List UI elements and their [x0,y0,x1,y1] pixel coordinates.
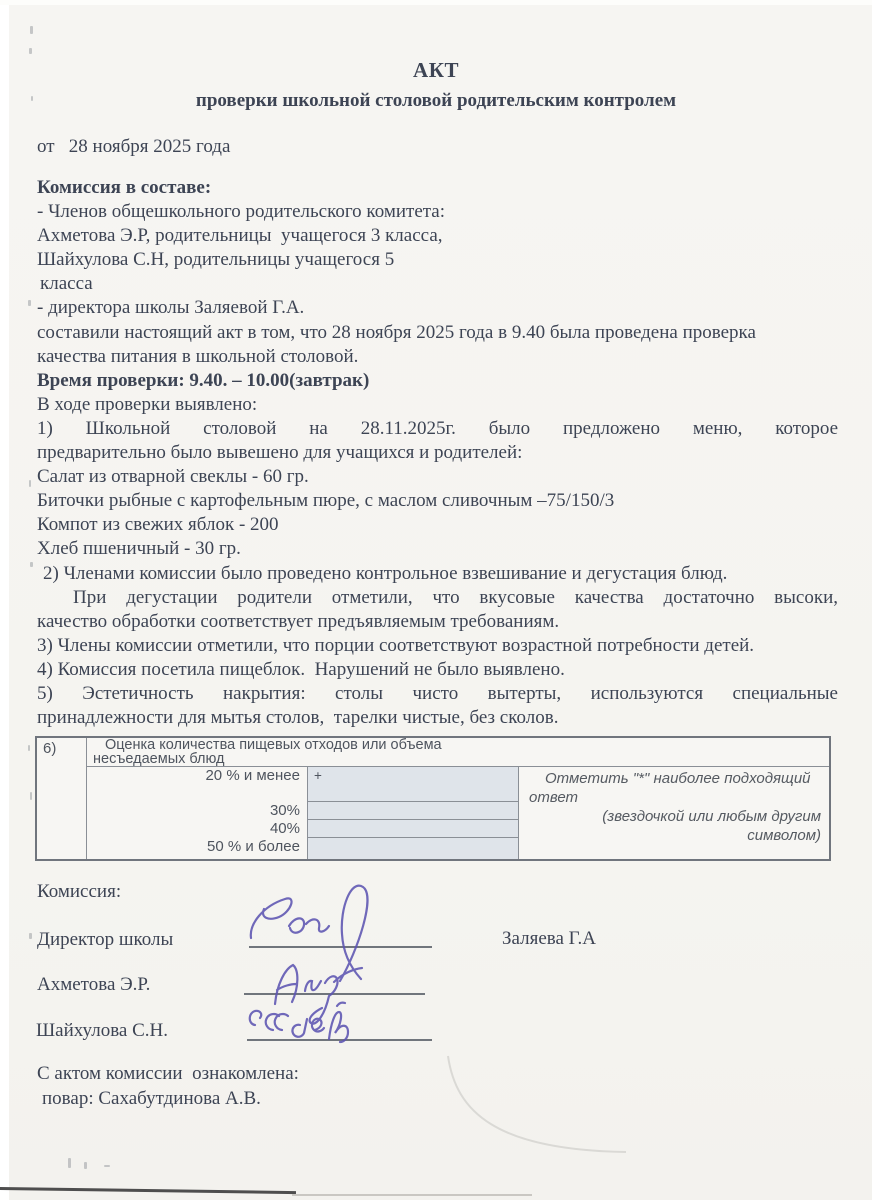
waste-row-label: 50 % и более [87,838,307,859]
waste-row-label: 30% [87,802,307,820]
waste-row-label: 40% [87,820,307,838]
document-header: АКТ проверки школьной столовой родительс… [0,58,872,112]
body-line: 1) Школьной столовой на 28.11.2025г. был… [37,417,838,441]
akhmetova-signature-stroke [275,965,297,1004]
waste-row-label: 20 % и менее [87,767,307,802]
body-line: предварительно было вывешено для учащихс… [37,441,838,465]
director-signature-stroke [251,898,292,938]
signature-role-shaikhulova: Шайхулова С.Н. [36,1020,168,1042]
scan-speck [28,300,31,306]
body-line: принадлежности для мытья столов, тарелки… [37,706,838,730]
acknowledgement-line: С актом комиссии ознакомлена: [37,1063,299,1085]
body-line: 5) Эстетичность накрытия: столы чисто вы… [37,682,838,706]
shaikhulova-signature-stroke [329,1012,348,1042]
table-note-line2: (звездочкой или любым другим символом) [529,807,821,845]
body-line: 3) Члены комиссии отметили, что порции с… [37,634,838,658]
body-line: В ходе проверки выявлено: [37,393,838,417]
body-line: При дегустации родители отметили, что вк… [37,586,838,610]
director-signature-stroke [340,886,367,981]
shaikhulova-signature-stroke [337,1003,345,1006]
scan-speck [29,933,32,939]
signature-role-director: Директор школы [37,929,173,951]
body-line-commission-heading: Комиссия в составе: [37,176,838,200]
signature-name-director: Заляева Г.А [502,928,596,950]
director-signature-stroke [289,918,329,932]
waste-row-mark [307,820,519,838]
scan-edge-left [0,0,9,1200]
body-line: 4) Комиссия посетила пищеблок. Нарушений… [37,658,838,682]
scan-artifact-bottom-line2 [292,1194,532,1196]
body-line: - Членов общешкольного родительского ком… [37,200,838,224]
shaikhulova-signature-stroke [292,1019,307,1037]
scan-crease-curve [438,1042,638,1167]
body-line-menu-item: Хлеб пшеничный - 30 гр. [37,537,838,561]
scan-speck [28,745,30,751]
waste-row-mark [307,838,519,859]
table-header-text: Оценка количества пищевых отходов или об… [87,738,465,767]
body-line: составили настоящий акт в том, что 28 но… [37,321,838,345]
waste-assessment-table: 6) Оценка количества пищевых отходов или… [35,736,831,861]
scan-speck [68,1158,71,1168]
body-line-menu-item: Биточки рыбные с картофельным пюре, с ма… [37,489,838,513]
scan-speck [30,792,32,800]
scan-speck [31,96,33,101]
waste-row-mark [307,802,519,820]
body-line: класса [37,272,838,296]
body-line-check-time: Время проверки: 9.40. – 10.00(завтрак) [37,369,838,393]
shaikhulova-signature-stroke [250,1011,261,1025]
shaikhulova-signature-stroke [266,1014,288,1030]
scan-speck [29,48,32,54]
body-line: качество обработки соответствует предъяв… [37,610,838,634]
table-note-line1: Отметить "*" наиболее подходящий ответ [529,769,821,807]
document-body: Комиссия в составе: - Членов общешкольно… [37,176,838,730]
table-item-number: 6) [37,738,87,859]
body-line-menu-item: Компот из свежих яблок - 200 [37,513,838,537]
date-line: от 28 ноября 2025 года [37,136,230,158]
commission-heading: Комиссия: [37,881,121,903]
scan-speck [30,562,33,567]
body-line: Шайхулова С.Н, родительницы учащегося 5 [37,248,838,272]
page-subtitle: проверки школьной столовой родительским … [0,90,872,112]
scan-speck [30,26,33,34]
body-line: 2) Членами комиссии было проведено контр… [37,562,838,586]
table-note: Отметить "*" наиболее подходящий ответ (… [519,767,829,859]
cook-name-line: повар: Сахабутдинова А.В. [42,1088,261,1110]
body-line-menu-item: Салат из отварной свеклы - 60 гр. [37,465,838,489]
signature-role-akhmetova: Ахметова Э.Р. [37,974,150,996]
page-title: АКТ [0,58,872,83]
scan-edge-top [0,0,872,5]
body-line: - директора школы Заляевой Г.А. [37,296,838,320]
table-header-cell: Оценка количества пищевых отходов или об… [87,738,829,767]
scan-speck [29,480,31,487]
waste-row-mark: + [307,767,519,802]
akhmetova-signature-stroke [305,981,321,991]
handwritten-signatures [225,878,460,1068]
scan-speck [84,1162,87,1169]
body-line: качества питания в школьной столовой. [37,345,838,369]
scan-speck [104,1165,110,1167]
body-line: Ахметова Э.Р, родительницы учащегося 3 к… [37,224,838,248]
